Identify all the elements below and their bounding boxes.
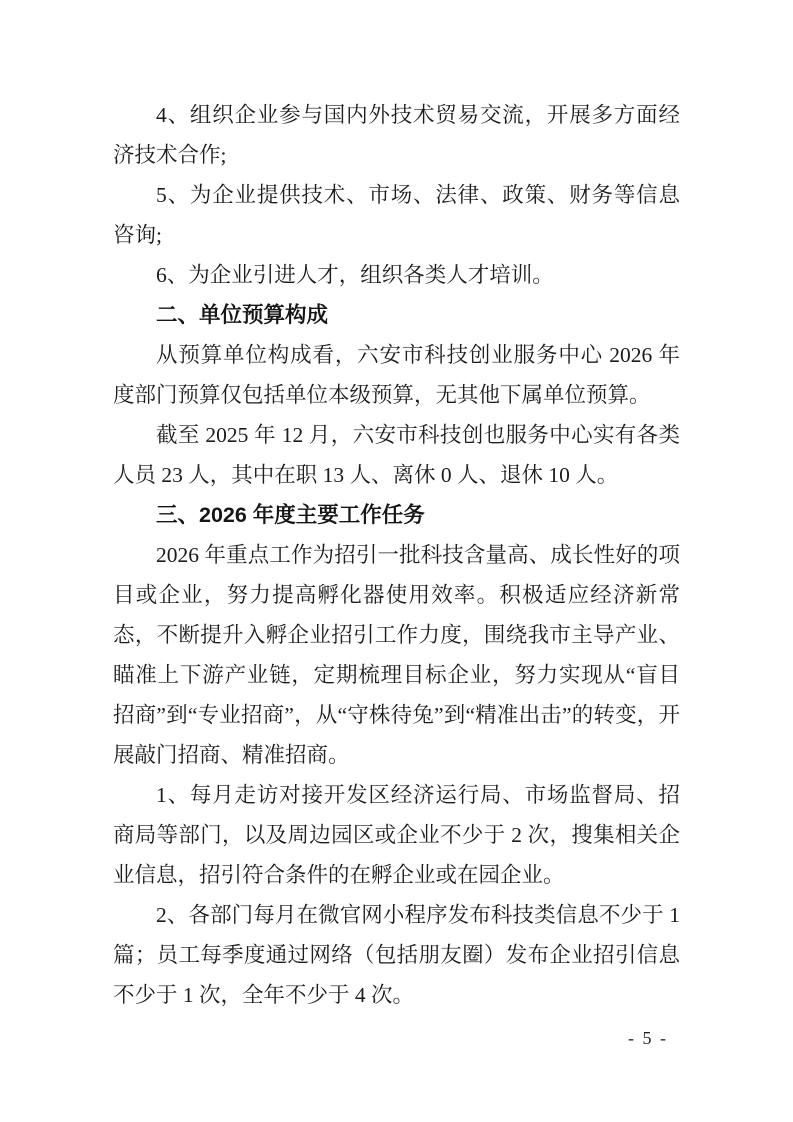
paragraph-duty-5: 5、为企业提供技术、市场、法律、政策、财务等信息咨询;: [113, 175, 680, 255]
paragraph-task-2: 2、各部门每月在微官网小程序发布科技类信息不少于 1 篇；员工每季度通过网络（包…: [113, 895, 680, 1015]
paragraph-duty-6: 6、为企业引进人才，组织各类人才培训。: [113, 255, 680, 295]
document-body: 4、组织企业参与国内外技术贸易交流，开展多方面经济技术合作; 5、为企业提供技术…: [113, 95, 680, 1015]
section-heading-budget-composition: 二、单位预算构成: [113, 295, 680, 335]
document-page: 4、组织企业参与国内外技术贸易交流，开展多方面经济技术合作; 5、为企业提供技术…: [0, 0, 793, 1122]
paragraph-budget-composition: 从预算单位构成看，六安市科技创业服务中心 2026 年度部门预算仅包括单位本级预…: [113, 335, 680, 415]
paragraph-2026-focus: 2026 年重点工作为招引一批科技含量高、成长性好的项目或企业，努力提高孵化器使…: [113, 535, 680, 775]
paragraph-staff-counts: 截至 2025 年 12 月，六安市科技创也服务中心实有各类人员 23 人，其中…: [113, 415, 680, 495]
page-number: - 5 -: [603, 1028, 693, 1048]
paragraph-duty-4: 4、组织企业参与国内外技术贸易交流，开展多方面经济技术合作;: [113, 95, 680, 175]
section-heading-2026-main-tasks: 三、2026 年度主要工作任务: [113, 495, 680, 535]
paragraph-task-1: 1、每月走访对接开发区经济运行局、市场监督局、招商局等部门，以及周边园区或企业不…: [113, 775, 680, 895]
